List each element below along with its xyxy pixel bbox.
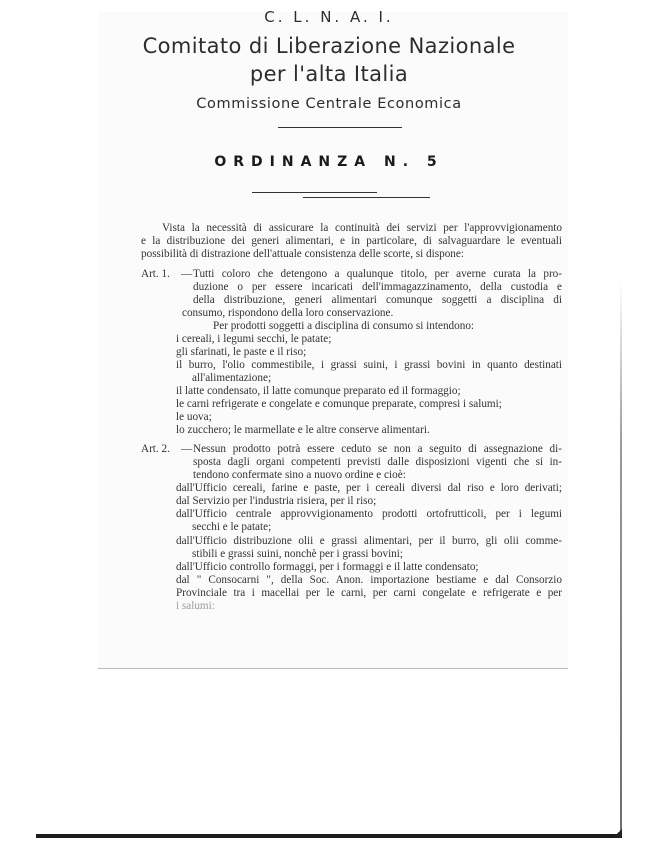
title-underline-2 (303, 197, 430, 198)
list-item: dall'Ufficio distribuzione olii e grassi… (176, 535, 562, 548)
article-line: Tutti coloro che detengono a qualunque t… (193, 268, 562, 281)
preamble-line: e la distribuzione dei generi alimentari… (141, 235, 562, 248)
organization-acronym: C. L. N. A. I. (0, 8, 658, 26)
article-label: Art. 2. (141, 443, 170, 456)
article-line: tendono confermate sino a nuovo ordine e… (193, 469, 406, 482)
organization-region: per l'alta Italia (0, 62, 658, 86)
page-bottom-edge (36, 834, 622, 838)
article-line: sposta dagli organi competenti previsti … (193, 456, 562, 469)
header-divider (278, 127, 402, 128)
preamble-line: possibilità di distrazione dell'attuale … (141, 248, 464, 261)
list-item: dall'Ufficio cereali, farine e paste, pe… (176, 482, 562, 495)
commission-name: Commissione Centrale Economica (0, 96, 658, 112)
article-dash: — (181, 268, 192, 281)
list-item: dall'Ufficio controllo formaggi, per i f… (176, 561, 479, 574)
list-item-continuation: all'alimentazione; (192, 372, 271, 385)
list-item: dall'Ufficio centrale approvvigionamento… (176, 508, 562, 521)
list-item: il latte condensato, il latte comunque p… (176, 385, 461, 398)
list-item: dal Servizio per l'industria risiera, pe… (176, 495, 376, 508)
article-line: consumo, rispondono della loro conservaz… (182, 307, 393, 320)
list-item: Provinciale tra i macellai per le carni,… (176, 587, 562, 600)
article-intro: Per prodotti soggetti a disciplina di co… (213, 320, 474, 333)
preamble-line: Vista la necessità di assicurare la cont… (162, 222, 562, 235)
list-item-faded: i salumi: (176, 600, 215, 613)
article-dash: — (181, 443, 192, 456)
page-right-edge (620, 280, 622, 838)
list-item: il burro, l'olio commestibile, i grassi … (176, 359, 562, 372)
list-item: le uova; (176, 411, 212, 424)
article-line: Nessun prodotto potrà essere ceduto se n… (193, 443, 562, 456)
list-item: lo zucchero; le marmellate e le altre co… (176, 424, 430, 437)
list-item-continuation: stibili e grassi suini, nonchè per i gra… (192, 548, 403, 561)
page-corner (614, 828, 622, 838)
list-item: i cereali, i legumi secchi, le patate; (176, 333, 331, 346)
list-item-continuation: secchi e le patate; (192, 521, 271, 534)
list-item: dal " Consocarni ", della Soc. Anon. imp… (176, 574, 562, 587)
list-item: le carni refrigerate e congelate e comun… (176, 398, 502, 411)
organization-name: Comitato di Liberazione Nazionale (0, 34, 658, 58)
title-underline-1 (252, 192, 377, 193)
article-line: della distribuzione, generi alimentari c… (193, 294, 562, 307)
document-title: ORDINANZA N. 5 (0, 154, 658, 170)
list-item: gli sfarinati, le paste e il riso; (176, 346, 306, 359)
article-label: Art. 1. (141, 268, 170, 281)
article-line: duzione o per essere incaricati dell'imm… (193, 281, 562, 294)
